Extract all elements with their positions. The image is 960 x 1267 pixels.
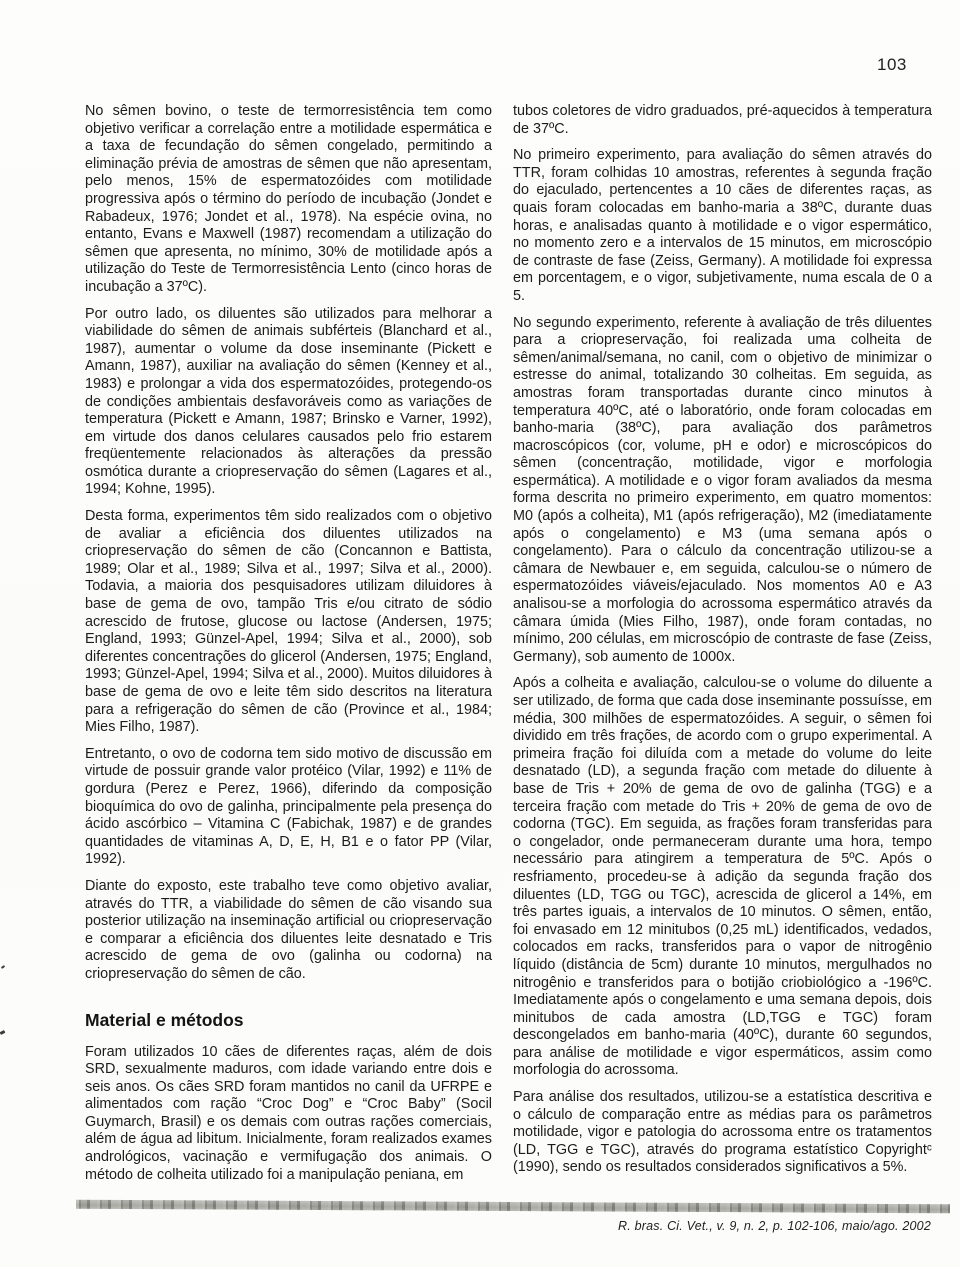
- paragraph: Desta forma, experimentos têm sido reali…: [85, 508, 492, 737]
- footer-divider-bar: [76, 1200, 950, 1214]
- paragraph: No primeiro experimento, para avaliação …: [513, 147, 932, 305]
- journal-citation: R. bras. Ci. Vet., v. 9, n. 2, p. 102-10…: [618, 1219, 931, 1233]
- paragraph: Para análise dos resultados, utilizou-se…: [513, 1089, 932, 1177]
- paragraph: Por outro lado, os diluentes são utiliza…: [85, 306, 492, 500]
- paragraph: Após a colheita e avaliação, calculou-se…: [513, 675, 932, 1080]
- paragraph: Entretanto, o ovo de codorna tem sido mo…: [85, 746, 492, 869]
- scan-artifact: [0, 1030, 5, 1035]
- left-methods-paragraphs: Foram utilizados 10 cães de diferentes r…: [85, 1044, 492, 1185]
- right-column: tubos coletores de vidro graduados, pré-…: [513, 103, 932, 1186]
- paragraph: No sêmen bovino, o teste de termorresist…: [85, 103, 492, 297]
- paragraph: Foram utilizados 10 cães de diferentes r…: [85, 1044, 492, 1185]
- right-paragraphs: tubos coletores de vidro graduados, pré-…: [513, 103, 932, 1177]
- page-number: 103: [877, 55, 907, 75]
- section-heading-material-e-metodos: Material e métodos: [85, 1010, 492, 1031]
- paragraph: tubos coletores de vidro graduados, pré-…: [513, 103, 932, 138]
- scanned-paper-page: 103 No sêmen bovino, o teste de termorre…: [0, 0, 960, 1267]
- scan-artifact: [1, 965, 5, 969]
- paragraph: Diante do exposto, este trabalho teve co…: [85, 878, 492, 984]
- paragraph: No segundo experimento, referente à aval…: [513, 315, 932, 667]
- left-intro-paragraphs: No sêmen bovino, o teste de termorresist…: [85, 103, 492, 984]
- left-column: No sêmen bovino, o teste de termorresist…: [85, 103, 492, 1193]
